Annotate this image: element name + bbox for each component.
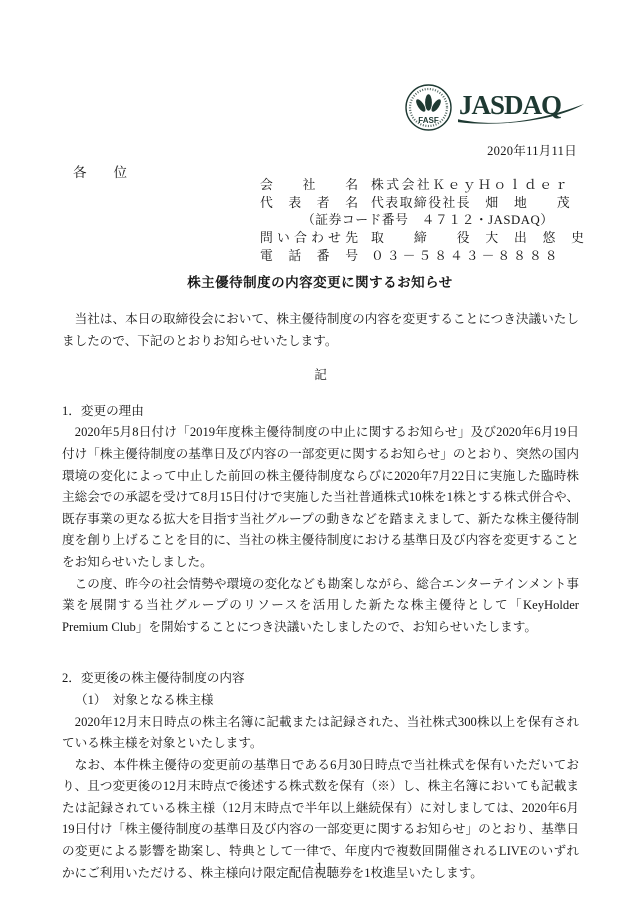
section-1-paragraph-2: この度、昨今の社会情勢や環境の変化なども勘案しながら、総合エンターテインメント事… (62, 574, 579, 639)
intro-paragraph: 当社は、本日の取締役会において、株主優待制度の内容を変更することにつき決議いたし… (62, 309, 579, 352)
company-name-label: 会社名 (260, 177, 358, 195)
contact-label: 問い合わせ先 (260, 230, 358, 248)
section-2-subheading: （1） 対象となる株主様 (62, 690, 579, 712)
company-info-block: 会社名 株式会社ＫｅｙＨｏｌｄｅｒ 代表者名 代表取締役社長 畑 地 茂 （証券… (260, 177, 582, 266)
phone-row: 電話番号 ０３－５８４３－８８８８ (260, 248, 582, 266)
section-1-heading: 1．変更の理由 (62, 401, 579, 423)
header-logos: FASF JASDAQ (404, 83, 586, 132)
company-name-value: 株式会社ＫｅｙＨｏｌｄｅｒ (371, 177, 570, 195)
phone-value: ０３－５８４３－８８８８ (371, 248, 561, 266)
document-date: 2020年11月11日 (487, 141, 577, 159)
stock-code-row: （証券コード番号 ４７１２・JASDAQ） (260, 212, 582, 230)
representative-value: 代表取締役社長 畑 地 茂 (371, 195, 571, 213)
company-name-row: 会社名 株式会社ＫｅｙＨｏｌｄｅｒ (260, 177, 582, 195)
section-new-program: 2．変更後の株主優待制度の内容 （1） 対象となる株主様 2020年12月末日時… (62, 668, 579, 884)
jasdaq-logo: JASDAQ (458, 85, 586, 131)
representative-label: 代表者名 (260, 195, 358, 213)
representative-row: 代表者名 代表取締役社長 畑 地 茂 (260, 195, 582, 213)
page-title: 株主優待制度の内容変更に関するお知らせ (0, 271, 640, 291)
record-mark: 記 (62, 365, 579, 387)
section-2-paragraph-1: 2020年12月末日時点の株主名簿に記載または記録された、当社株式300株以上を… (62, 712, 579, 755)
page-number: - 1 - (0, 859, 640, 874)
phone-label: 電話番号 (260, 248, 358, 266)
jasdaq-logo-text: JASDAQ (459, 90, 561, 120)
recipient-line: 各 位 (73, 161, 127, 181)
document-page: FASF JASDAQ 2020年11月11日 各 位 会社名 株式会社ＫｅｙＨ… (0, 0, 640, 905)
stock-code-value: （証券コード番号 ４７１２・JASDAQ） (302, 212, 554, 230)
fasf-logo-text: FASF (418, 116, 439, 125)
fasf-logo-icon: FASF (404, 83, 453, 132)
contact-row: 問い合わせ先 取 締 役 大 出 悠 史 (260, 230, 582, 248)
contact-value: 取 締 役 大 出 悠 史 (371, 230, 585, 248)
document-body: 当社は、本日の取締役会において、株主優待制度の内容を変更することにつき決議いたし… (62, 309, 579, 884)
section-1-paragraph-1: 2020年5月8日付け「2019年度株主優待制度の中止に関するお知らせ」及び20… (62, 422, 579, 573)
section-change-reason: 1．変更の理由 2020年5月8日付け「2019年度株主優待制度の中止に関するお… (62, 401, 579, 639)
section-2-heading: 2．変更後の株主優待制度の内容 (62, 668, 579, 690)
